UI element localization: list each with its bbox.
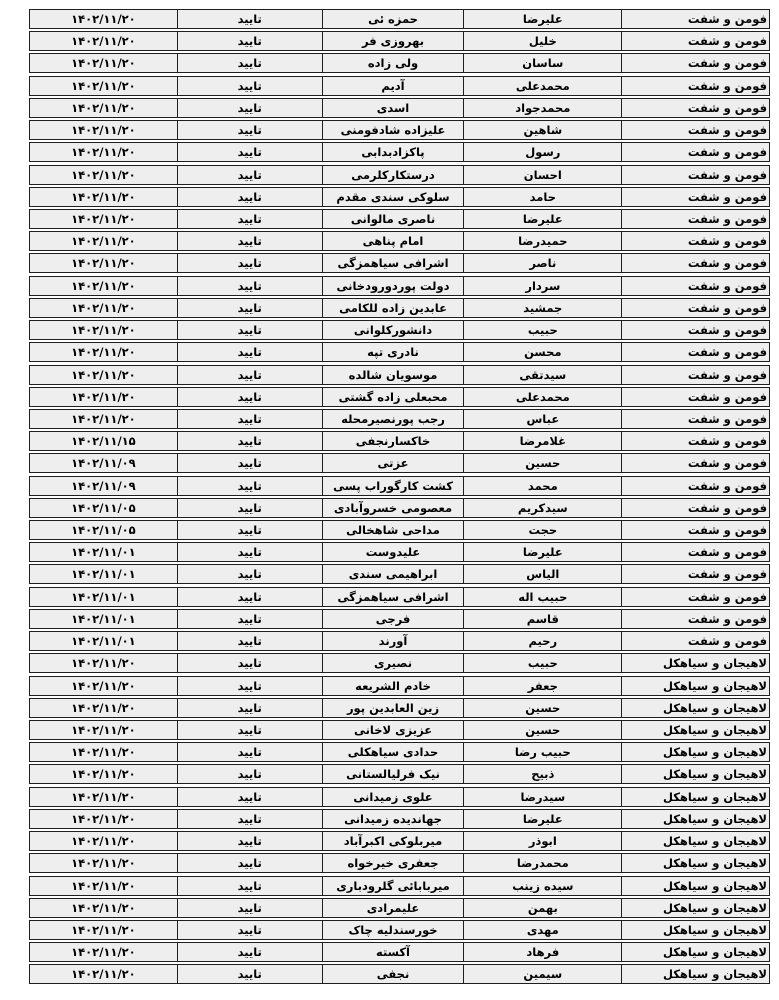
last-name-cell: نصیری <box>322 653 465 673</box>
status-cell: تایید <box>177 231 323 251</box>
date-cell: ۱۴۰۲/۱۱/۲۰ <box>29 964 178 984</box>
region-cell: لاهیجان و سیاهکل <box>621 942 770 962</box>
status-cell: تایید <box>177 76 323 96</box>
approval-table: فومن و شفت علیرضا حمزه ئی تایید ۱۴۰۲/۱۱/… <box>29 9 770 985</box>
last-name-cell: حمزه ئی <box>322 9 465 29</box>
table-row: لاهیجان و سیاهکل حبیب رضا حدادی سیاهکلی … <box>29 742 770 762</box>
first-name-cell: محمدرضا <box>463 853 622 873</box>
last-name-cell: علیدوست <box>322 542 465 562</box>
first-name-cell: سیدرضا <box>463 787 622 807</box>
region-cell: فومن و شفت <box>621 31 770 51</box>
first-name-cell: ساسان <box>463 53 622 73</box>
date-cell: ۱۴۰۲/۱۱/۲۰ <box>29 9 178 29</box>
status-cell: تایید <box>177 209 323 229</box>
table-row: فومن و شفت عباس رجب پورنصیرمحله تایید ۱۴… <box>29 409 770 429</box>
table-row: فومن و شفت حبیب دانشورکلوانی تایید ۱۴۰۲/… <box>29 320 770 340</box>
first-name-cell: حبیب <box>463 653 622 673</box>
first-name-cell: ناصر <box>463 253 622 273</box>
table-row: لاهیجان و سیاهکل فرهاد آکسته تایید ۱۴۰۲/… <box>29 942 770 962</box>
first-name-cell: رسول <box>463 142 622 162</box>
last-name-cell: آکسته <box>322 942 465 962</box>
date-cell: ۱۴۰۲/۱۱/۲۰ <box>29 298 178 318</box>
date-cell: ۱۴۰۲/۱۱/۲۰ <box>29 187 178 207</box>
date-cell: ۱۴۰۲/۱۱/۰۱ <box>29 587 178 607</box>
date-cell: ۱۴۰۲/۱۱/۲۰ <box>29 409 178 429</box>
date-cell: ۱۴۰۲/۱۱/۲۰ <box>29 787 178 807</box>
last-name-cell: زین العابدین پور <box>322 698 465 718</box>
table-row: فومن و شفت محمد کشت کارگوراب پسی تایید ۱… <box>29 476 770 496</box>
table-row: فومن و شفت ناصر اشرافی سیاهمزگی تایید ۱۴… <box>29 253 770 273</box>
last-name-cell: ابراهیمی سندی <box>322 564 465 584</box>
status-cell: تایید <box>177 542 323 562</box>
last-name-cell: علوی زمیدانی <box>322 787 465 807</box>
last-name-cell: اشرافی سیاهمزگی <box>322 253 465 273</box>
last-name-cell: خاکسارنجفی <box>322 431 465 451</box>
date-cell: ۱۴۰۲/۱۱/۰۵ <box>29 498 178 518</box>
last-name-cell: دولت پوردورودخانی <box>322 276 465 296</box>
table-row: لاهیجان و سیاهکل مهدی خورسندلیه چاک تایی… <box>29 920 770 940</box>
region-cell: لاهیجان و سیاهکل <box>621 809 770 829</box>
first-name-cell: حجت <box>463 520 622 540</box>
first-name-cell: جمشید <box>463 298 622 318</box>
status-cell: تایید <box>177 631 323 651</box>
status-cell: تایید <box>177 720 323 740</box>
table-row: لاهیجان و سیاهکل محمدرضا جعفری خیرخواه ت… <box>29 853 770 873</box>
table-row: فومن و شفت رحیم آورند تایید ۱۴۰۲/۱۱/۰۱ <box>29 631 770 651</box>
status-cell: تایید <box>177 53 323 73</box>
date-cell: ۱۴۰۲/۱۱/۲۰ <box>29 76 178 96</box>
table-row: لاهیجان و سیاهکل سیدرضا علوی زمیدانی تای… <box>29 787 770 807</box>
table-row: فومن و شفت محمدعلی آدیم تایید ۱۴۰۲/۱۱/۲۰ <box>29 76 770 96</box>
status-cell: تایید <box>177 587 323 607</box>
date-cell: ۱۴۰۲/۱۱/۲۰ <box>29 809 178 829</box>
date-cell: ۱۴۰۲/۱۱/۲۰ <box>29 120 178 140</box>
table-row: فومن و شفت خلیل بهروزی فر تایید ۱۴۰۲/۱۱/… <box>29 31 770 51</box>
date-cell: ۱۴۰۲/۱۱/۰۱ <box>29 542 178 562</box>
date-cell: ۱۴۰۲/۱۱/۲۰ <box>29 764 178 784</box>
status-cell: تایید <box>177 809 323 829</box>
last-name-cell: حدادی سیاهکلی <box>322 742 465 762</box>
first-name-cell: شاهین <box>463 120 622 140</box>
region-cell: لاهیجان و سیاهکل <box>621 831 770 851</box>
first-name-cell: حبیب اله <box>463 587 622 607</box>
table-row: فومن و شفت علیرضا ناصری مالوانی تایید ۱۴… <box>29 209 770 229</box>
table-row: فومن و شفت غلامرضا خاکسارنجفی تایید ۱۴۰۲… <box>29 431 770 451</box>
table-row: لاهیجان و سیاهکل سیمین نجفی تایید ۱۴۰۲/۱… <box>29 964 770 984</box>
first-name-cell: ابوذر <box>463 831 622 851</box>
date-cell: ۱۴۰۲/۱۱/۰۱ <box>29 609 178 629</box>
status-cell: تایید <box>177 564 323 584</box>
table-row: فومن و شفت سیدتقی موسویان شالده تایید ۱۴… <box>29 365 770 385</box>
status-cell: تایید <box>177 276 323 296</box>
first-name-cell: الیاس <box>463 564 622 584</box>
last-name-cell: ناصری مالوانی <box>322 209 465 229</box>
first-name-cell: علیرضا <box>463 542 622 562</box>
table-row: لاهیجان و سیاهکل بهمن علیمرادی تایید ۱۴۰… <box>29 898 770 918</box>
table-row: فومن و شفت حجت مداحی شاهخالی تایید ۱۴۰۲/… <box>29 520 770 540</box>
last-name-cell: مداحی شاهخالی <box>322 520 465 540</box>
last-name-cell: محبعلی زاده گشتی <box>322 387 465 407</box>
table-row: فومن و شفت محسن نادری تپه تایید ۱۴۰۲/۱۱/… <box>29 342 770 362</box>
date-cell: ۱۴۰۲/۱۱/۲۰ <box>29 231 178 251</box>
region-cell: لاهیجان و سیاهکل <box>621 787 770 807</box>
table-row: لاهیجان و سیاهکل جعفر خادم الشریعه تایید… <box>29 676 770 696</box>
region-cell: فومن و شفت <box>621 387 770 407</box>
region-cell: فومن و شفت <box>621 631 770 651</box>
region-cell: فومن و شفت <box>621 342 770 362</box>
last-name-cell: امام پناهی <box>322 231 465 251</box>
table-row: فومن و شفت حمیدرضا امام پناهی تایید ۱۴۰۲… <box>29 231 770 251</box>
region-cell: فومن و شفت <box>621 187 770 207</box>
region-cell: فومن و شفت <box>621 498 770 518</box>
date-cell: ۱۴۰۲/۱۱/۲۰ <box>29 676 178 696</box>
last-name-cell: نادری تپه <box>322 342 465 362</box>
table-row: فومن و شفت رسول پاکزادبدابی تایید ۱۴۰۲/۱… <box>29 142 770 162</box>
last-name-cell: اشرافی سیاهمزگی <box>322 587 465 607</box>
status-cell: تایید <box>177 387 323 407</box>
last-name-cell: پاکزادبدابی <box>322 142 465 162</box>
region-cell: لاهیجان و سیاهکل <box>621 720 770 740</box>
first-name-cell: سیدکریم <box>463 498 622 518</box>
region-cell: فومن و شفت <box>621 609 770 629</box>
region-cell: فومن و شفت <box>621 76 770 96</box>
table-row: فومن و شفت محمدجواد اسدی تایید ۱۴۰۲/۱۱/۲… <box>29 98 770 118</box>
date-cell: ۱۴۰۲/۱۱/۲۰ <box>29 742 178 762</box>
last-name-cell: خورسندلیه چاک <box>322 920 465 940</box>
first-name-cell: مهدی <box>463 920 622 940</box>
date-cell: ۱۴۰۲/۱۱/۲۰ <box>29 209 178 229</box>
first-name-cell: سردار <box>463 276 622 296</box>
first-name-cell: بهمن <box>463 898 622 918</box>
region-cell: فومن و شفت <box>621 53 770 73</box>
region-cell: فومن و شفت <box>621 165 770 185</box>
date-cell: ۱۴۰۲/۱۱/۰۹ <box>29 453 178 473</box>
region-cell: فومن و شفت <box>621 365 770 385</box>
region-cell: لاهیجان و سیاهکل <box>621 653 770 673</box>
status-cell: تایید <box>177 365 323 385</box>
first-name-cell: قاسم <box>463 609 622 629</box>
table-row: لاهیجان و سیاهکل حسین زین العابدین پور ت… <box>29 698 770 718</box>
region-cell: فومن و شفت <box>621 409 770 429</box>
last-name-cell: درستکارکلرمی <box>322 165 465 185</box>
table-row: لاهیجان و سیاهکل ذبیح نیک فرلیالستانی تا… <box>29 764 770 784</box>
status-cell: تایید <box>177 187 323 207</box>
status-cell: تایید <box>177 876 323 896</box>
status-cell: تایید <box>177 9 323 29</box>
first-name-cell: محمدجواد <box>463 98 622 118</box>
status-cell: تایید <box>177 764 323 784</box>
region-cell: فومن و شفت <box>621 253 770 273</box>
status-cell: تایید <box>177 698 323 718</box>
status-cell: تایید <box>177 253 323 273</box>
region-cell: فومن و شفت <box>621 120 770 140</box>
date-cell: ۱۴۰۲/۱۱/۲۰ <box>29 698 178 718</box>
last-name-cell: کشت کارگوراب پسی <box>322 476 465 496</box>
table-row: فومن و شفت احسان درستکارکلرمی تایید ۱۴۰۲… <box>29 165 770 185</box>
table-row: فومن و شفت حبیب اله اشرافی سیاهمزگی تایی… <box>29 587 770 607</box>
last-name-cell: عزتی <box>322 453 465 473</box>
status-cell: تایید <box>177 964 323 984</box>
last-name-cell: خادم الشریعه <box>322 676 465 696</box>
status-cell: تایید <box>177 742 323 762</box>
last-name-cell: دانشورکلوانی <box>322 320 465 340</box>
status-cell: تایید <box>177 320 323 340</box>
last-name-cell: فرجی <box>322 609 465 629</box>
region-cell: فومن و شفت <box>621 587 770 607</box>
first-name-cell: فرهاد <box>463 942 622 962</box>
region-cell: لاهیجان و سیاهکل <box>621 676 770 696</box>
date-cell: ۱۴۰۲/۱۱/۲۰ <box>29 98 178 118</box>
first-name-cell: علیرضا <box>463 9 622 29</box>
first-name-cell: علیرضا <box>463 809 622 829</box>
first-name-cell: محمدعلی <box>463 76 622 96</box>
first-name-cell: خلیل <box>463 31 622 51</box>
date-cell: ۱۴۰۲/۱۱/۲۰ <box>29 165 178 185</box>
first-name-cell: سیدتقی <box>463 365 622 385</box>
date-cell: ۱۴۰۲/۱۱/۰۱ <box>29 564 178 584</box>
first-name-cell: حسین <box>463 453 622 473</box>
region-cell: فومن و شفت <box>621 520 770 540</box>
table-row: فومن و شفت سردار دولت پوردورودخانی تایید… <box>29 276 770 296</box>
date-cell: ۱۴۰۲/۱۱/۲۰ <box>29 276 178 296</box>
table-row: فومن و شفت سیدکریم معصومی خسروآبادی تایی… <box>29 498 770 518</box>
table-row: فومن و شفت الیاس ابراهیمی سندی تایید ۱۴۰… <box>29 564 770 584</box>
first-name-cell: محمدعلی <box>463 387 622 407</box>
last-name-cell: ولی زاده <box>322 53 465 73</box>
last-name-cell: میربابائی گلرودباری <box>322 876 465 896</box>
region-cell: فومن و شفت <box>621 9 770 29</box>
status-cell: تایید <box>177 165 323 185</box>
status-cell: تایید <box>177 298 323 318</box>
region-cell: لاهیجان و سیاهکل <box>621 964 770 984</box>
region-cell: لاهیجان و سیاهکل <box>621 764 770 784</box>
last-name-cell: اسدی <box>322 98 465 118</box>
last-name-cell: بهروزی فر <box>322 31 465 51</box>
first-name-cell: عباس <box>463 409 622 429</box>
date-cell: ۱۴۰۲/۱۱/۲۰ <box>29 898 178 918</box>
date-cell: ۱۴۰۲/۱۱/۲۰ <box>29 720 178 740</box>
table-row: فومن و شفت محمدعلی محبعلی زاده گشتی تایی… <box>29 387 770 407</box>
date-cell: ۱۴۰۲/۱۱/۲۰ <box>29 853 178 873</box>
table-row: فومن و شفت قاسم فرجی تایید ۱۴۰۲/۱۱/۰۱ <box>29 609 770 629</box>
status-cell: تایید <box>177 898 323 918</box>
date-cell: ۱۴۰۲/۱۱/۲۰ <box>29 387 178 407</box>
status-cell: تایید <box>177 98 323 118</box>
region-cell: فومن و شفت <box>621 564 770 584</box>
region-cell: فومن و شفت <box>621 276 770 296</box>
status-cell: تایید <box>177 498 323 518</box>
date-cell: ۱۴۰۲/۱۱/۲۰ <box>29 942 178 962</box>
region-cell: لاهیجان و سیاهکل <box>621 898 770 918</box>
table-row: لاهیجان و سیاهکل سیده زینب میربابائی گلر… <box>29 876 770 896</box>
status-cell: تایید <box>177 31 323 51</box>
table-row: فومن و شفت علیرضا حمزه ئی تایید ۱۴۰۲/۱۱/… <box>29 9 770 29</box>
first-name-cell: جعفر <box>463 676 622 696</box>
table-row: فومن و شفت علیرضا علیدوست تایید ۱۴۰۲/۱۱/… <box>29 542 770 562</box>
region-cell: فومن و شفت <box>621 542 770 562</box>
first-name-cell: حامد <box>463 187 622 207</box>
date-cell: ۱۴۰۲/۱۱/۱۵ <box>29 431 178 451</box>
first-name-cell: علیرضا <box>463 209 622 229</box>
last-name-cell: آدیم <box>322 76 465 96</box>
last-name-cell: نجفی <box>322 964 465 984</box>
date-cell: ۱۴۰۲/۱۱/۰۹ <box>29 476 178 496</box>
date-cell: ۱۴۰۲/۱۱/۲۰ <box>29 365 178 385</box>
table-row: فومن و شفت حامد سلوکی سندی مقدم تایید ۱۴… <box>29 187 770 207</box>
date-cell: ۱۴۰۲/۱۱/۲۰ <box>29 53 178 73</box>
date-cell: ۱۴۰۲/۱۱/۲۰ <box>29 31 178 51</box>
first-name-cell: غلامرضا <box>463 431 622 451</box>
first-name-cell: محسن <box>463 342 622 362</box>
region-cell: فومن و شفت <box>621 453 770 473</box>
date-cell: ۱۴۰۲/۱۱/۲۰ <box>29 920 178 940</box>
table-row: فومن و شفت ساسان ولی زاده تایید ۱۴۰۲/۱۱/… <box>29 53 770 73</box>
first-name-cell: ذبیح <box>463 764 622 784</box>
region-cell: فومن و شفت <box>621 476 770 496</box>
date-cell: ۱۴۰۲/۱۱/۲۰ <box>29 342 178 362</box>
first-name-cell: حسین <box>463 698 622 718</box>
first-name-cell: احسان <box>463 165 622 185</box>
status-cell: تایید <box>177 942 323 962</box>
first-name-cell: سیده زینب <box>463 876 622 896</box>
first-name-cell: حسین <box>463 720 622 740</box>
table-row: لاهیجان و سیاهکل ابوذر میربلوکی اکبرآباد… <box>29 831 770 851</box>
first-name-cell: حمیدرضا <box>463 231 622 251</box>
date-cell: ۱۴۰۲/۱۱/۲۰ <box>29 320 178 340</box>
last-name-cell: معصومی خسروآبادی <box>322 498 465 518</box>
status-cell: تایید <box>177 453 323 473</box>
region-cell: فومن و شفت <box>621 231 770 251</box>
date-cell: ۱۴۰۲/۱۱/۲۰ <box>29 142 178 162</box>
table-row: لاهیجان و سیاهکل علیرضا جهاندیده زمیدانی… <box>29 809 770 829</box>
status-cell: تایید <box>177 520 323 540</box>
region-cell: فومن و شفت <box>621 98 770 118</box>
date-cell: ۱۴۰۲/۱۱/۰۱ <box>29 631 178 651</box>
last-name-cell: عزیزی لاخانی <box>322 720 465 740</box>
table-row: لاهیجان و سیاهکل حبیب نصیری تایید ۱۴۰۲/۱… <box>29 653 770 673</box>
region-cell: لاهیجان و سیاهکل <box>621 920 770 940</box>
last-name-cell: علیمرادی <box>322 898 465 918</box>
region-cell: لاهیجان و سیاهکل <box>621 698 770 718</box>
region-cell: لاهیجان و سیاهکل <box>621 876 770 896</box>
status-cell: تایید <box>177 142 323 162</box>
last-name-cell: موسویان شالده <box>322 365 465 385</box>
date-cell: ۱۴۰۲/۱۱/۲۰ <box>29 831 178 851</box>
status-cell: تایید <box>177 787 323 807</box>
first-name-cell: رحیم <box>463 631 622 651</box>
first-name-cell: حبیب <box>463 320 622 340</box>
first-name-cell: حبیب رضا <box>463 742 622 762</box>
last-name-cell: رجب پورنصیرمحله <box>322 409 465 429</box>
first-name-cell: سیمین <box>463 964 622 984</box>
status-cell: تایید <box>177 409 323 429</box>
region-cell: فومن و شفت <box>621 298 770 318</box>
status-cell: تایید <box>177 653 323 673</box>
date-cell: ۱۴۰۲/۱۱/۲۰ <box>29 653 178 673</box>
last-name-cell: علیزاده شادفومنی <box>322 120 465 140</box>
status-cell: تایید <box>177 920 323 940</box>
status-cell: تایید <box>177 853 323 873</box>
status-cell: تایید <box>177 342 323 362</box>
table-row: فومن و شفت جمشید عابدین زاده للکامی تایی… <box>29 298 770 318</box>
date-cell: ۱۴۰۲/۱۱/۲۰ <box>29 876 178 896</box>
last-name-cell: عابدین زاده للکامی <box>322 298 465 318</box>
region-cell: فومن و شفت <box>621 142 770 162</box>
first-name-cell: محمد <box>463 476 622 496</box>
last-name-cell: نیک فرلیالستانی <box>322 764 465 784</box>
status-cell: تایید <box>177 431 323 451</box>
last-name-cell: سلوکی سندی مقدم <box>322 187 465 207</box>
table-row: فومن و شفت شاهین علیزاده شادفومنی تایید … <box>29 120 770 140</box>
region-cell: فومن و شفت <box>621 320 770 340</box>
region-cell: فومن و شفت <box>621 431 770 451</box>
status-cell: تایید <box>177 120 323 140</box>
region-cell: لاهیجان و سیاهکل <box>621 742 770 762</box>
last-name-cell: آورند <box>322 631 465 651</box>
last-name-cell: جهاندیده زمیدانی <box>322 809 465 829</box>
date-cell: ۱۴۰۲/۱۱/۲۰ <box>29 253 178 273</box>
status-cell: تایید <box>177 609 323 629</box>
status-cell: تایید <box>177 676 323 696</box>
table-row: فومن و شفت حسین عزتی تایید ۱۴۰۲/۱۱/۰۹ <box>29 453 770 473</box>
last-name-cell: میربلوکی اکبرآباد <box>322 831 465 851</box>
region-cell: لاهیجان و سیاهکل <box>621 853 770 873</box>
status-cell: تایید <box>177 476 323 496</box>
last-name-cell: جعفری خیرخواه <box>322 853 465 873</box>
region-cell: فومن و شفت <box>621 209 770 229</box>
table-row: لاهیجان و سیاهکل حسین عزیزی لاخانی تایید… <box>29 720 770 740</box>
date-cell: ۱۴۰۲/۱۱/۰۵ <box>29 520 178 540</box>
status-cell: تایید <box>177 831 323 851</box>
